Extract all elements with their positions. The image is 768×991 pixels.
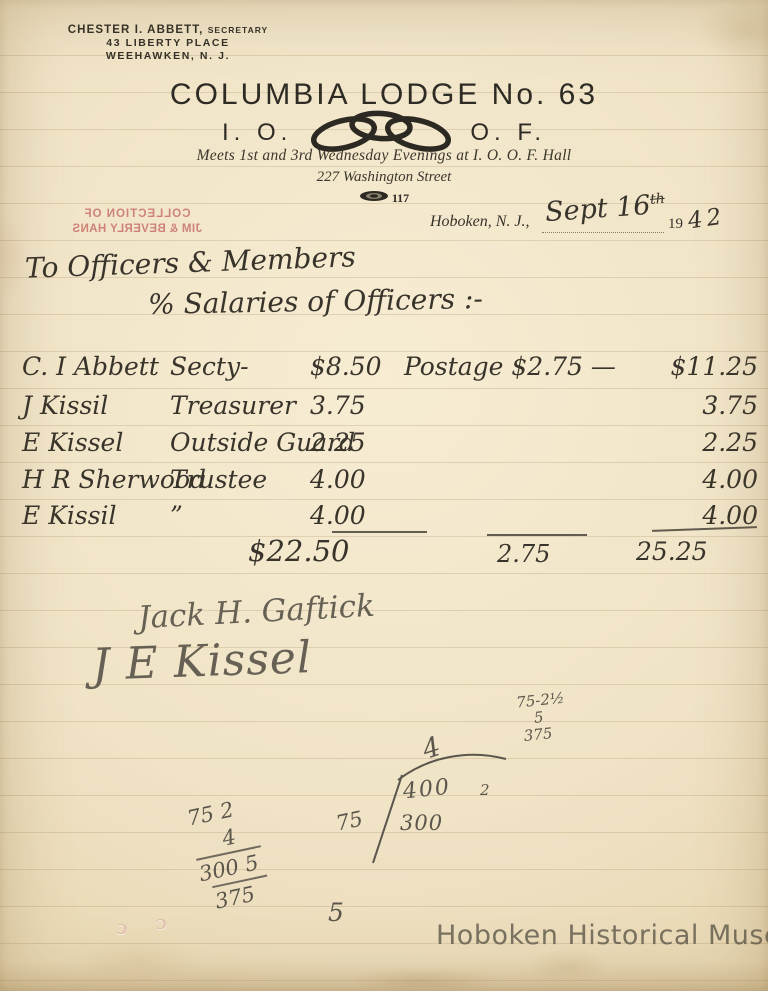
- salutation-line-2: % Salaries of Officers :-: [148, 282, 483, 321]
- division-superscript: 2: [480, 781, 490, 799]
- ledger-row: C. I Abbett Secty- $8.50 Postage $2.75 —…: [22, 352, 760, 389]
- printed-city: Hoboken, N. J.,: [430, 213, 530, 231]
- embossed-mark: Ɔ: [115, 921, 128, 939]
- ledger-row: E Kissel Outside Guard 2.25 2.25: [22, 428, 760, 465]
- lodge-title: COLUMBIA LODGE No. 63: [0, 78, 768, 112]
- total-postage: 2.75: [497, 540, 550, 568]
- date-ordinal: th: [650, 191, 666, 208]
- row-total: 3.75: [702, 391, 758, 420]
- row-amount: 3.75: [310, 391, 366, 420]
- signature-gaftick: Jack H. Gaftick: [137, 588, 375, 636]
- stamp-line-2: JIM & BEVERLY HANS: [48, 222, 226, 237]
- column-arithmetic-block: 75 2 4 300 5 375: [185, 792, 273, 917]
- total-grand: 25.25: [636, 537, 708, 566]
- row-title: Treasurer: [170, 391, 296, 420]
- row-amount: 4.00: [310, 501, 366, 530]
- row-name: C. I Abbett: [22, 352, 159, 381]
- row-name: J Kissil: [22, 391, 108, 420]
- printer-ornament-icon: [359, 189, 389, 207]
- row-title: Trustee: [170, 465, 267, 494]
- collection-stamp: COLLECTION OF JIM & BEVERLY HANS: [48, 207, 226, 237]
- scanned-letter: CHESTER I. ABBETT, SECRETARY 43 LIBERTY …: [0, 0, 768, 991]
- stamp-line-1: COLLECTION OF: [48, 207, 226, 222]
- hall-address: 227 Washington Street: [0, 169, 768, 186]
- embossed-mark: Ɔ: [155, 916, 168, 934]
- division-dividend: 400: [402, 775, 452, 805]
- sender-role: SECRETARY: [208, 25, 268, 35]
- meeting-line: Meets 1st and 3rd Wednesday Evenings at …: [0, 147, 768, 165]
- row-amount: $8.50: [310, 352, 382, 381]
- pencil-note-line: 375: [523, 723, 569, 745]
- ledger-row: H R Sherwood Trustee 4.00 4.00: [22, 465, 760, 502]
- union-number: 117: [392, 191, 409, 206]
- row-total: 2.25: [702, 428, 758, 457]
- order-right-text: O. F.: [470, 119, 546, 147]
- row-amount: 4.00: [310, 465, 366, 494]
- salutation-line-1: To Officers & Members: [25, 240, 357, 285]
- sender-city: WEEHAWKEN, N. J.: [48, 50, 288, 63]
- sum-line: [332, 531, 427, 533]
- long-division-block: 75 4 400 300 2: [328, 733, 528, 873]
- row-amount: 2.25: [310, 428, 366, 457]
- sender-block: CHESTER I. ABBETT, SECRETARY 43 LIBERTY …: [48, 24, 288, 63]
- pencil-digit: 5: [328, 898, 344, 927]
- sender-name: CHESTER I. ABBETT, SECRETARY: [48, 24, 288, 37]
- order-left-text: I. O.: [222, 119, 292, 147]
- handwritten-year: 42: [686, 204, 727, 235]
- total-salaries: $22.50: [248, 534, 349, 568]
- row-name: E Kissil: [22, 501, 117, 530]
- row-total: 4.00: [702, 465, 758, 494]
- row-total: $11.25: [671, 352, 758, 381]
- division-product: 300: [400, 811, 443, 835]
- sum-line: [487, 534, 587, 536]
- row-title: ”: [170, 501, 183, 530]
- sender-street: 43 LIBERTY PLACE: [48, 37, 288, 50]
- printed-year: 19: [668, 216, 683, 233]
- row-title: Secty-: [170, 352, 249, 381]
- ledger-row: J Kissil Treasurer 3.75 3.75: [22, 391, 760, 428]
- signature-kissel: J E Kissel: [91, 632, 313, 691]
- row-note: Postage $2.75 —: [404, 352, 616, 381]
- row-name: E Kissel: [22, 428, 123, 457]
- sender-name-text: CHESTER I. ABBETT,: [68, 24, 204, 36]
- museum-watermark: Hoboken Historical Museum: [436, 920, 768, 951]
